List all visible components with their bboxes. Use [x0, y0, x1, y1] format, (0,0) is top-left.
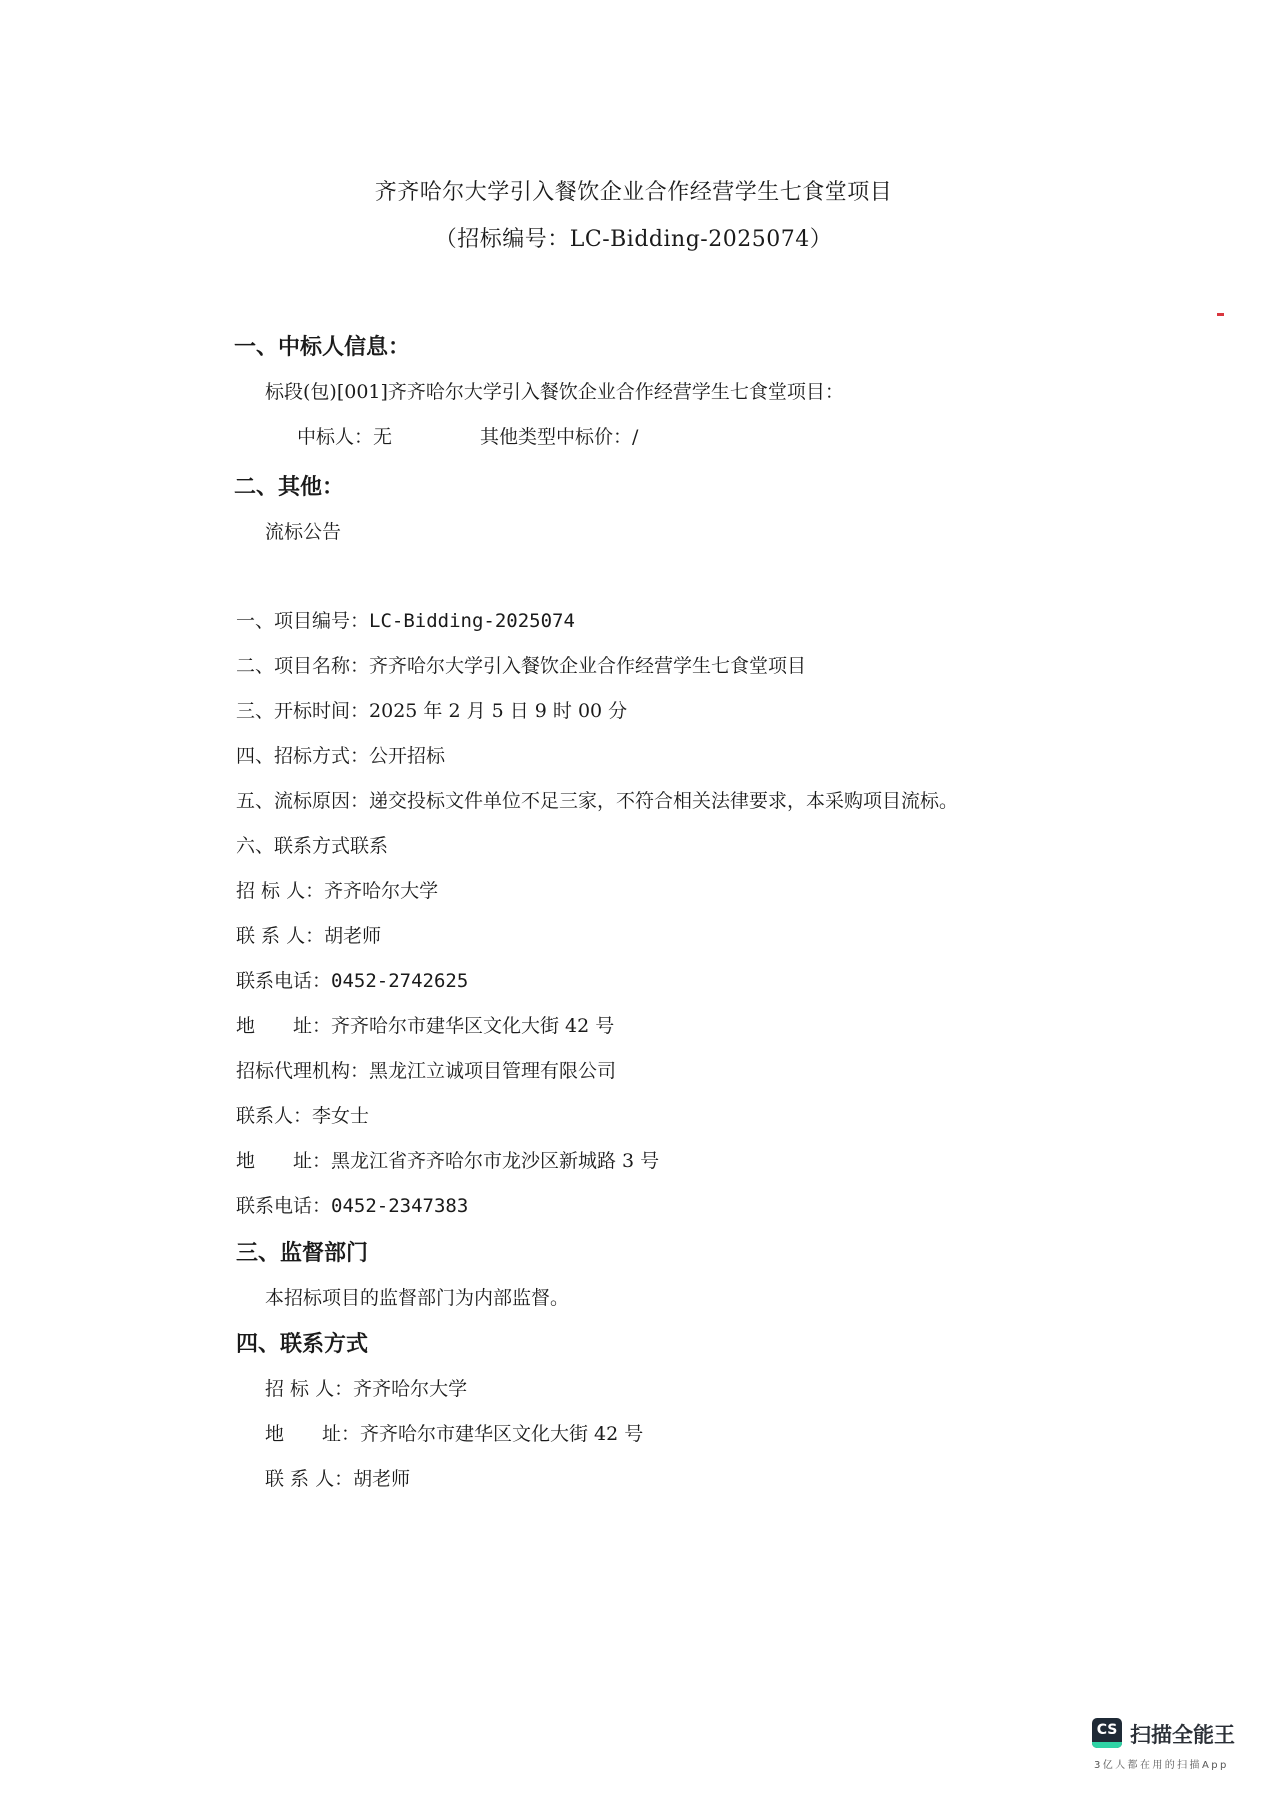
final-contact-tenderer: 招 标 人：齐齐哈尔大学 [265, 1374, 467, 1401]
section-heading-winner-info: 一、中标人信息： [234, 330, 410, 361]
contact-agency: 招标代理机构：黑龙江立诚项目管理有限公司 [236, 1056, 616, 1083]
agency-phone: 联系电话：0452-2347383 [236, 1191, 468, 1218]
contact-tenderer: 招 标 人：齐齐哈尔大学 [236, 876, 438, 903]
other-price-line: 其他类型中标价：/ [480, 422, 638, 449]
winner-value: 无 [373, 426, 392, 448]
failed-bid-notice-label: 流标公告 [265, 517, 341, 544]
section-heading-other: 二、其他： [234, 470, 344, 501]
camscanner-logo-icon: CS [1092, 1718, 1122, 1748]
notice-item-bid-method: 四、招标方式：公开招标 [236, 741, 445, 768]
notice-item-failure-reason: 五、流标原因：递交投标文件单位不足三家，不符合相关法律要求，本采购项目流标。 [236, 786, 958, 813]
supervision-text: 本招标项目的监督部门为内部监督。 [265, 1283, 569, 1310]
camscanner-app-name: 扫描全能王 [1130, 1719, 1235, 1749]
other-price-value: / [632, 426, 638, 448]
document-subtitle: （招标编号：LC-Bidding-2025074） [0, 222, 1267, 253]
contact-phone: 联系电话：0452-2742625 [236, 966, 468, 993]
section-heading-contact: 四、联系方式 [236, 1327, 368, 1358]
final-contact-person: 联 系 人：胡老师 [265, 1464, 410, 1491]
contact-address: 地 址：齐齐哈尔市建华区文化大街 42 号 [236, 1011, 614, 1038]
contact-person: 联 系 人：胡老师 [236, 921, 381, 948]
final-contact-address: 地 址：齐齐哈尔市建华区文化大街 42 号 [265, 1419, 643, 1446]
notice-item-project-name: 二、项目名称：齐齐哈尔大学引入餐饮企业合作经营学生七食堂项目 [236, 651, 806, 678]
agency-contact-person: 联系人：李女士 [236, 1101, 369, 1128]
document-title: 齐齐哈尔大学引入餐饮企业合作经营学生七食堂项目 [0, 175, 1267, 206]
notice-item-project-number: 一、项目编号：LC-Bidding-2025074 [236, 606, 575, 633]
other-price-label: 其他类型中标价： [480, 426, 632, 448]
lot-line: 标段(包)[001]齐齐哈尔大学引入餐饮企业合作经营学生七食堂项目： [265, 377, 844, 404]
winner-line: 中标人：无 [297, 422, 392, 449]
agency-address: 地 址：黑龙江省齐齐哈尔市龙沙区新城路 3 号 [236, 1146, 659, 1173]
camscanner-tagline: 3亿人都在用的扫描App [1094, 1756, 1229, 1771]
section-heading-supervision: 三、监督部门 [236, 1236, 368, 1267]
scan-mark [1217, 313, 1224, 316]
notice-item-opening-time: 三、开标时间：2025 年 2 月 5 日 9 时 00 分 [236, 696, 627, 723]
notice-item-contact-heading: 六、联系方式联系 [236, 831, 388, 858]
winner-label: 中标人： [297, 426, 373, 448]
